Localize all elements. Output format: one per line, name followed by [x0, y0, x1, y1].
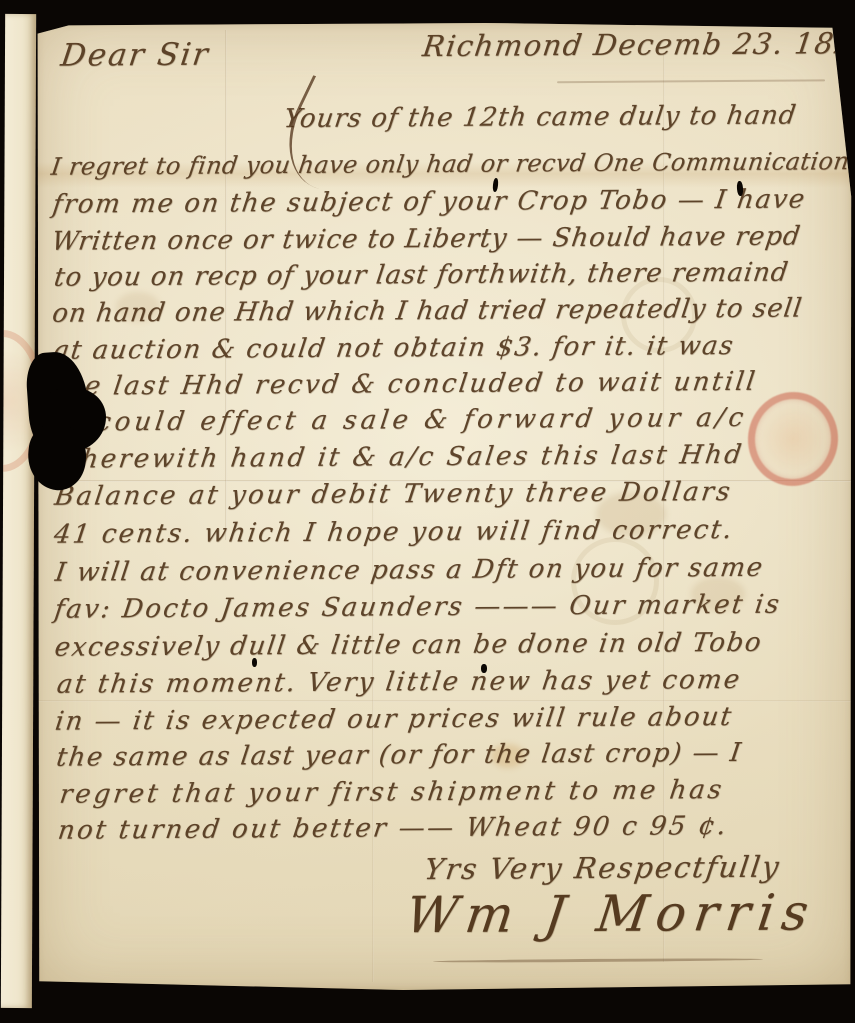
salutation: Dear Sir [59, 40, 211, 72]
paper-speck [252, 658, 257, 667]
paper-speck [481, 664, 487, 673]
body-line: not turned out better —— Wheat 90 c 95 ¢… [56, 813, 729, 844]
body-line: 41 cents. which I hope you will find cor… [52, 517, 735, 548]
body-line: at this moment. Very little new has yet … [55, 667, 743, 698]
body-line: at auction & could not obtain $3. for it… [52, 333, 736, 364]
adjacent-page-edge [1, 14, 36, 1008]
signature: Wm J Morris [403, 887, 819, 940]
body-line: herewith hand it & a/c Sales this last H… [80, 442, 746, 473]
scanned-letter-page: Dear Sir Richmond Decemb 23. 1824 Yours … [0, 0, 855, 1023]
body-line: the same as last year (or for the last c… [55, 740, 744, 771]
body-line: excessively dull & little can be done in… [53, 630, 764, 661]
closing-line: Yrs Very Respectfully [423, 853, 783, 885]
date-underline [557, 79, 825, 83]
body-line: could effect a sale & forward your a/c [94, 405, 748, 436]
body-line: fav: Docto James Saunders ——— Our market… [53, 592, 783, 623]
body-line: from me on the subject of your Crop Tobo… [51, 186, 808, 217]
opening-line: Yours of the 12th came duly to hand [282, 103, 798, 133]
handwriting-layer: Dear Sir Richmond Decemb 23. 1824 Yours … [33, 19, 855, 993]
body-line: I regret to find you have only had or re… [50, 149, 851, 179]
letter-sheet: Dear Sir Richmond Decemb 23. 1824 Yours … [36, 22, 852, 990]
body-line: Balance at your debit Twenty three Dolla… [53, 479, 734, 510]
dateline: Richmond Decemb 23. 1824 [421, 29, 855, 61]
signature-underline [433, 958, 763, 963]
body-line: to you on recp of your last forthwith, t… [52, 260, 790, 291]
body-line: Written once or twice to Liberty — Shoul… [50, 223, 802, 254]
body-line: the last Hhd recvd & concluded to wait u… [51, 369, 758, 400]
body-line: regret that your first shipment to me ha… [58, 777, 726, 808]
body-line: in — it is expected our prices will rule… [54, 704, 735, 735]
body-line: on hand one Hhd which I had tried repeat… [51, 295, 804, 326]
body-line: I will at convenience pass a Dft on you … [54, 555, 766, 586]
